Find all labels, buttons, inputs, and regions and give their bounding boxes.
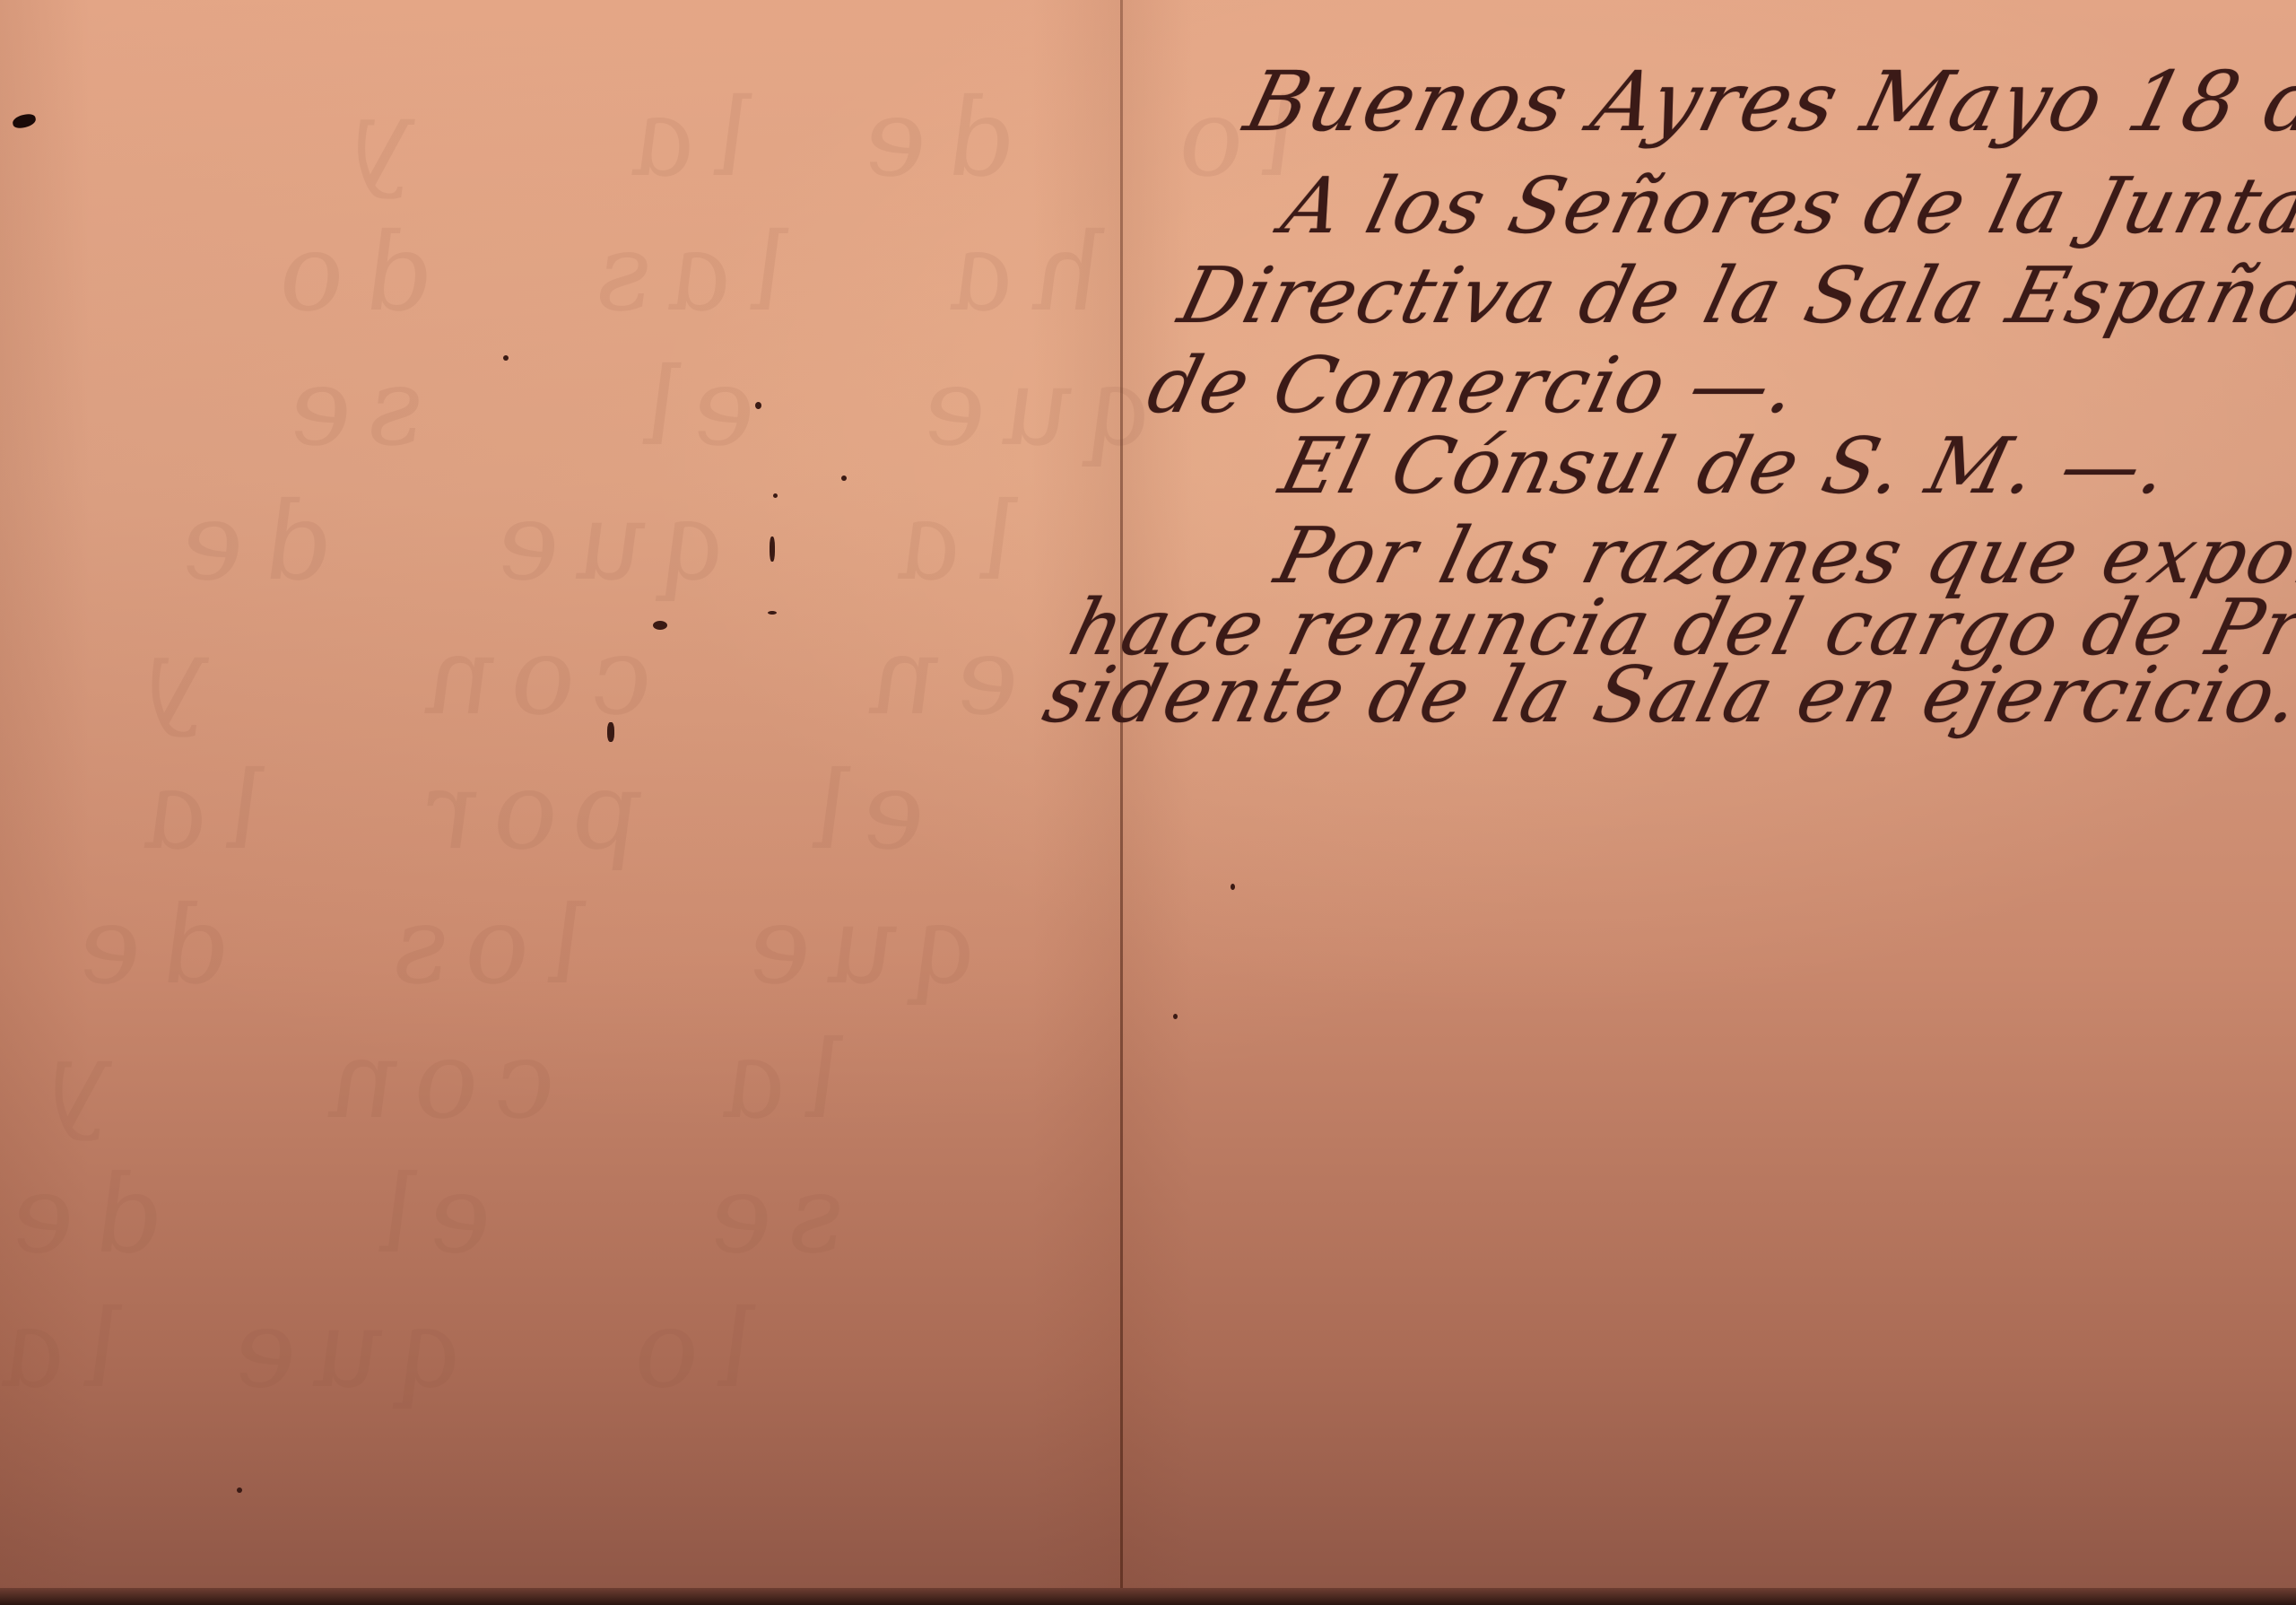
letter-salutation: A los Señores de la Junta: [1274, 161, 2296, 251]
letter-salutation-end: de Comercio —.: [1139, 341, 1807, 431]
ink-speck: [1231, 884, 1235, 890]
letter-dateline: Buenos Ayres Mayo 18 d. 1854.: [1236, 54, 2296, 150]
ink-speck: [770, 536, 775, 562]
page-bottom-edge: [0, 1588, 2296, 1605]
ink-speck: [607, 722, 614, 742]
ink-speck: [755, 402, 761, 409]
ink-speck: [841, 475, 847, 481]
letter-sender: El Cónsul de S. M. —.: [1272, 422, 2179, 511]
ink-speck: [1173, 1014, 1178, 1019]
paper-hole: [12, 112, 37, 129]
letter-salutation-cont: Directiva de la Sala Española: [1170, 251, 2296, 341]
letter-body-line: sidente de la Sala en ejercicio.: [1035, 650, 2296, 740]
ink-speck: [503, 355, 509, 361]
ink-speck: [653, 621, 667, 630]
ink-speck: [773, 493, 778, 498]
document-spread: lo de la y ha las do que el se la que de…: [0, 0, 2296, 1605]
ink-speck: [237, 1487, 242, 1493]
ink-speck: [768, 611, 777, 615]
left-page: lo de la y ha las do que el se la que de…: [0, 0, 1121, 1588]
